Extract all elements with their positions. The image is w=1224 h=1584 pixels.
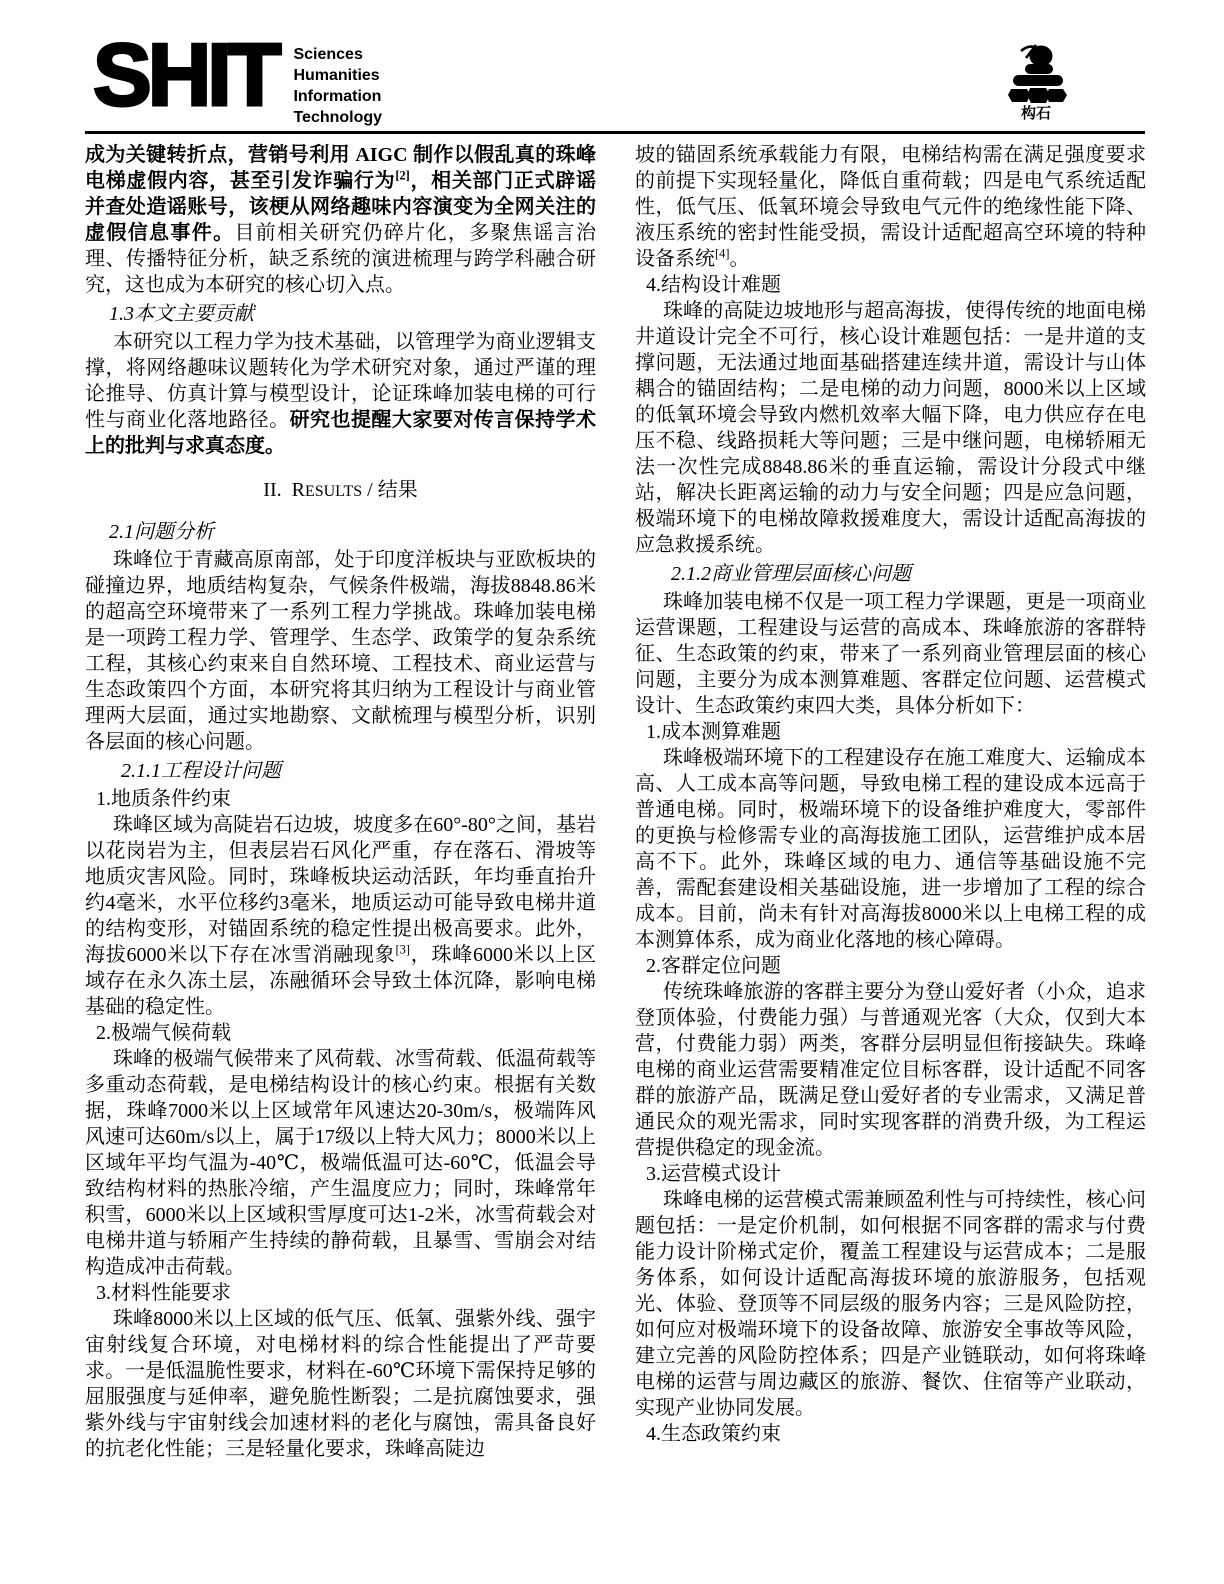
text-run: 珠峰电梯的运营模式需兼顾盈利性与可持续性，核心问题包括：一是定价机制，如何根据不… xyxy=(635,1189,1146,1419)
numbered-item-heading: 1.地质条件约束 xyxy=(85,786,596,812)
subtitle-line: Technology xyxy=(293,107,382,128)
journal-emblem: 构石 xyxy=(998,42,1074,122)
journal-masthead: SHIT Sciences Humanities Information Tec… xyxy=(93,36,382,128)
text-run: 4.结构设计难题 xyxy=(646,274,781,296)
numbered-item-heading: 3.材料性能要求 xyxy=(85,1280,596,1306)
subtitle-line: Humanities xyxy=(293,65,382,86)
text-run: 3.运营模式设计 xyxy=(646,1163,781,1185)
subsection-heading: 2.1问题分析 xyxy=(85,519,596,545)
text-run: 珠峰加装电梯不仅是一项工程力学课题，更是一项商业运营课题，工程建设与运营的高成本… xyxy=(635,591,1146,717)
numbered-item-heading: 1.成本测算难题 xyxy=(635,719,1146,745)
article-body: 成为关键转折点，营销号利用 AIGC 制作以假乱真的珠峰电梯虚假内容，甚至引发诈… xyxy=(85,142,1146,1462)
column-left: 成为关键转折点，营销号利用 AIGC 制作以假乱真的珠峰电梯虚假内容，甚至引发诈… xyxy=(85,142,596,1462)
text-run: 珠峰的高陡边坡地形与超高海拔，使得传统的地面电梯井道设计完全不可行，核心设计难题… xyxy=(635,300,1146,556)
paragraph: 珠峰电梯的运营模式需兼顾盈利性与可持续性，核心问题包括：一是定价机制，如何根据不… xyxy=(635,1187,1146,1421)
text-run: 传统珠峰旅游的客群主要分为登山爱好者（小众，追求登顶体验，付费能力强）与普通观光… xyxy=(635,981,1146,1159)
subsubsection-heading: 2.1.2商业管理层面核心问题 xyxy=(635,561,1146,587)
citation-ref: [3] xyxy=(396,942,410,956)
numbered-item-heading: 4.生态政策约束 xyxy=(635,1421,1146,1447)
paragraph: 珠峰区域为高陡岩石边坡，坡度多在60°-80°之间，基岩以花岗岩为主，但表层岩石… xyxy=(85,812,596,1020)
journal-emblem-label: 构石 xyxy=(998,105,1074,122)
numbered-item-heading: 3.运营模式设计 xyxy=(635,1161,1146,1187)
paragraph: 珠峰极端环境下的工程建设存在施工难度大、运输成本高、人工成本高等问题，导致电梯工… xyxy=(635,745,1146,953)
subsubsection-heading: 2.1.1工程设计问题 xyxy=(85,758,596,784)
paragraph: 珠峰位于青藏高原南部，处于印度洋板块与亚欧板块的碰撞边界，地质结构复杂，气候条件… xyxy=(85,547,596,755)
citation-ref: [4] xyxy=(715,246,729,260)
paragraph: 传统珠峰旅游的客群主要分为登山爱好者（小众，追求登顶体验，付费能力强）与普通观光… xyxy=(635,979,1146,1161)
subtitle-line: Information xyxy=(293,86,382,107)
text-run: 坡的锚固系统承载能力有限，电梯结构需在满足强度要求的前提下实现轻量化，降低自重荷… xyxy=(635,144,1146,270)
paragraph: 本研究以工程力学为技术基础，以管理学为商业逻辑支撑，将网络趣味议题转化为学术研究… xyxy=(85,329,596,459)
citation-ref: [2] xyxy=(395,168,409,182)
paragraph-continuation: 坡的锚固系统承载能力有限，电梯结构需在满足强度要求的前提下实现轻量化，降低自重荷… xyxy=(635,142,1146,272)
text-run: 2.1.1工程设计问题 xyxy=(121,760,281,782)
text-run: 2.1.2商业管理层面核心问题 xyxy=(671,563,911,585)
subsection-heading: 1.3本文主要贡献 xyxy=(85,301,596,327)
text-run: 2.极端气候荷载 xyxy=(96,1022,231,1044)
numbered-item-heading: 4.结构设计难题 xyxy=(635,272,1146,298)
text-run: ESULTS xyxy=(305,483,362,500)
text-run: 1.3本文主要贡献 xyxy=(109,303,254,325)
journal-logo-text: SHIT xyxy=(93,36,277,114)
journal-logo-subtitle: Sciences Humanities Information Technolo… xyxy=(293,36,382,128)
header-divider xyxy=(85,131,1145,134)
column-right: 坡的锚固系统承载能力有限，电梯结构需在满足强度要求的前提下实现轻量化，降低自重荷… xyxy=(635,142,1146,1462)
stone-pile-icon xyxy=(998,42,1074,104)
text-run: 4.生态政策约束 xyxy=(646,1423,781,1445)
paragraph: 珠峰的高陡边坡地形与超高海拔，使得传统的地面电梯井道设计完全不可行，核心设计难题… xyxy=(635,298,1146,558)
paragraph: 珠峰的极端气候带来了风荷载、冰雪荷载、低温荷载等多重动态荷载，是电梯结构设计的核… xyxy=(85,1046,596,1280)
numbered-item-heading: 2.客群定位问题 xyxy=(635,953,1146,979)
paragraph: 珠峰8000米以上区域的低气压、低氧、强紫外线、强宇宙射线复合环境，对电梯材料的… xyxy=(85,1306,596,1462)
text-run: II. R xyxy=(263,479,305,501)
numbered-item-heading: 2.极端气候荷载 xyxy=(85,1020,596,1046)
text-run: 珠峰极端环境下的工程建设存在施工难度大、运输成本高、人工成本高等问题，导致电梯工… xyxy=(635,747,1146,951)
text-run: 1.地质条件约束 xyxy=(96,788,231,810)
text-run: 珠峰位于青藏高原南部，处于印度洋板块与亚欧板块的碰撞边界，地质结构复杂，气候条件… xyxy=(85,549,596,753)
paper-page: SHIT Sciences Humanities Information Tec… xyxy=(0,0,1224,1584)
paragraph: 珠峰加装电梯不仅是一项工程力学课题，更是一项商业运营课题，工程建设与运营的高成本… xyxy=(635,589,1146,719)
text-run: 珠峰的极端气候带来了风荷载、冰雪荷载、低温荷载等多重动态荷载，是电梯结构设计的核… xyxy=(85,1048,596,1278)
text-run: 3.材料性能要求 xyxy=(96,1282,231,1304)
section-heading: II. RESULTS / 结果 xyxy=(85,477,596,505)
text-run: / 结果 xyxy=(362,479,418,501)
text-run: 珠峰8000米以上区域的低气压、低氧、强紫外线、强宇宙射线复合环境，对电梯材料的… xyxy=(85,1308,596,1460)
text-run: 2.1问题分析 xyxy=(109,521,214,543)
subtitle-line: Sciences xyxy=(293,44,382,65)
text-run: 1.成本测算难题 xyxy=(646,721,781,743)
text-run: 。 xyxy=(729,248,749,270)
paragraph-continuation: 成为关键转折点，营销号利用 AIGC 制作以假乱真的珠峰电梯虚假内容，甚至引发诈… xyxy=(85,142,596,298)
text-run: 2.客群定位问题 xyxy=(646,955,781,977)
